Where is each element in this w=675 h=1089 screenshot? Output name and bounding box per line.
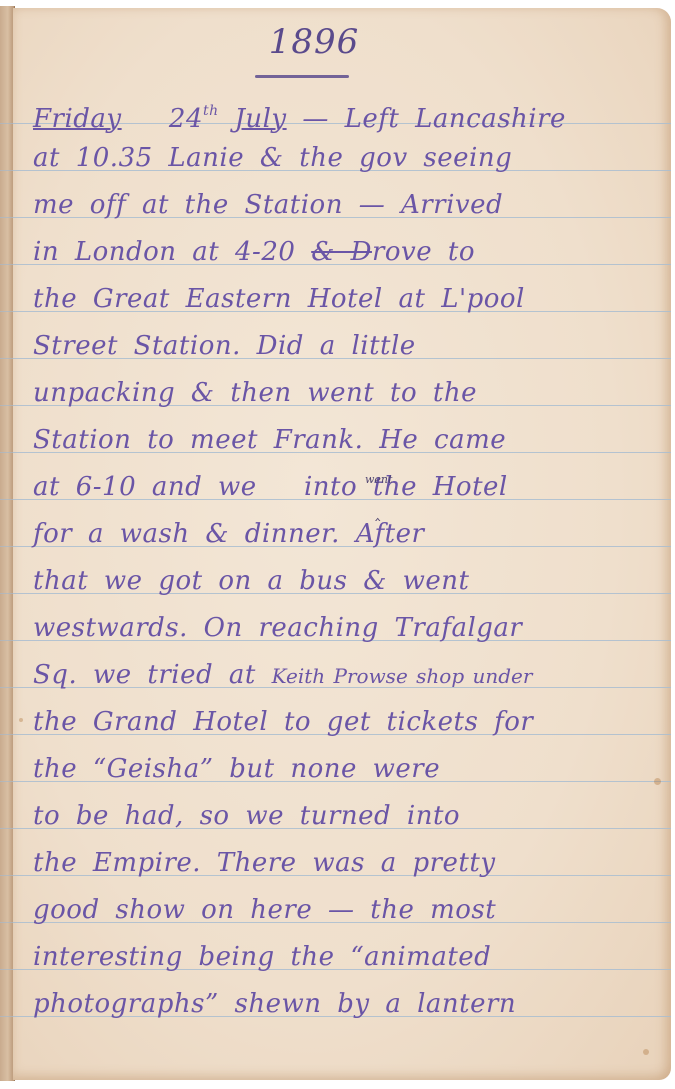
- binding-rule-line: [0, 922, 13, 923]
- entry-line-text: — Left Lancashire: [302, 104, 566, 134]
- entry-line-6: unpacking & then went to the: [33, 378, 669, 408]
- foxing-stain: [643, 1049, 649, 1055]
- year-underline: [255, 75, 349, 78]
- entry-day: Friday: [33, 104, 122, 134]
- binding-rule-line: [0, 405, 13, 406]
- binding-rule-line: [0, 640, 13, 641]
- entry-line-7: Station to meet Frank. He came: [33, 425, 669, 455]
- entry-line-9: for a wash & dinner. After: [33, 519, 669, 549]
- entry-line-19: photographs” shewn by a lantern: [33, 989, 669, 1019]
- binding-rule-line: [0, 452, 13, 453]
- entry-line-text: at 6-10 and we: [33, 472, 257, 502]
- entry-line-5: Street Station. Did a little: [33, 331, 669, 361]
- entry-line-0: Friday 24th July — Left Lancashire: [33, 96, 669, 134]
- entry-line-text: Sq. we tried at: [33, 660, 272, 690]
- binding-rule-line: [0, 969, 13, 970]
- entry-line-18: interesting being the “animated: [33, 942, 669, 972]
- binding-rule-line: [0, 170, 13, 171]
- binding-rule-line: [0, 358, 13, 359]
- entry-line-text: rove to: [372, 237, 475, 267]
- entry-line-1: at 10.35 Lanie & the gov seeing: [33, 143, 669, 173]
- entry-line-17: good show on here — the most: [33, 895, 669, 925]
- entry-line-text: into the Hotel: [288, 472, 508, 502]
- entry-date-suffix: th: [203, 103, 219, 119]
- binding-rule-line: [0, 499, 13, 500]
- entry-line-4: the Great Eastern Hotel at L'pool: [33, 284, 669, 314]
- entry-line-10: that we got on a bus & went: [33, 566, 669, 596]
- entry-date-number: 24: [169, 104, 203, 134]
- struck-out-text: & D: [311, 237, 372, 267]
- interlinear-insertion: went: [365, 473, 392, 486]
- binding-rule-line: [0, 781, 13, 782]
- binding-rule-line: [0, 217, 13, 218]
- binding-rule-line: [0, 687, 13, 688]
- entry-line-8: at 6-10 and we into the Hotel: [33, 472, 669, 502]
- shop-name-text: Keith Prowse shop under: [272, 664, 533, 688]
- binding-rule-line: [0, 734, 13, 735]
- entry-line-2: me off at the Station — Arrived: [33, 190, 669, 220]
- binding-rule-line: [0, 264, 13, 265]
- entry-line-16: the Empire. There was a pretty: [33, 848, 669, 878]
- binding-rule-line: [0, 875, 13, 876]
- entry-line-text: in London at 4-20: [33, 237, 311, 267]
- entry-line-12: Sq. we tried at Keith Prowse shop under: [33, 660, 669, 691]
- foxing-stain: [19, 718, 23, 722]
- entry-line-13: the Grand Hotel to get tickets for: [33, 707, 669, 737]
- entry-line-15: to be had, so we turned into: [33, 801, 669, 831]
- entry-line-14: the “Geisha” but none were: [33, 754, 669, 784]
- binding-rule-line: [0, 1016, 13, 1017]
- entry-line-3: in London at 4-20 & Drove to: [33, 237, 669, 267]
- year-heading: 1896: [259, 22, 369, 62]
- binding-rule-line: [0, 828, 13, 829]
- binding-rule-line: [0, 593, 13, 594]
- diary-page: 1896 Friday 24th July — Left Lancashire …: [13, 8, 671, 1080]
- binding-rule-line: [0, 123, 13, 124]
- entry-line-11: westwards. On reaching Trafalgar: [33, 613, 669, 643]
- binding-rule-line: [0, 546, 13, 547]
- foxing-stain: [654, 778, 661, 785]
- entry-month: July: [234, 104, 286, 134]
- binding-rule-line: [0, 311, 13, 312]
